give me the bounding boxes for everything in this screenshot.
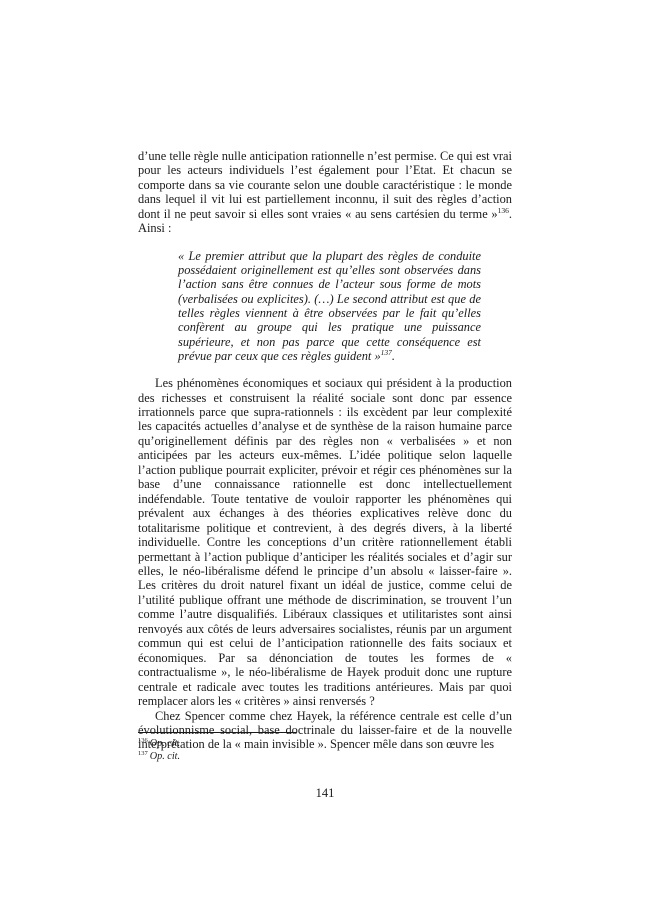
body-text: d’une telle règle nulle anticipation rat…	[138, 149, 512, 752]
page-number: 141	[0, 786, 650, 801]
footnote-text: Op. cit.	[150, 738, 180, 749]
intro-paragraph: d’une telle règle nulle anticipation rat…	[138, 149, 512, 236]
footnote-number: 136	[138, 737, 148, 744]
block-quote: « Le premier attribut que la plupart des…	[178, 249, 481, 363]
footnote-text: Op. cit.	[150, 751, 180, 762]
quote-text-end: .	[392, 349, 395, 363]
footnote-ref-136[interactable]: 136	[498, 206, 509, 215]
footnotes: 136Op. cit. 137Op. cit.	[138, 738, 512, 763]
intro-text: d’une telle règle nulle anticipation rat…	[138, 149, 512, 221]
footnote-separator	[138, 732, 296, 733]
footnote-number: 137	[138, 750, 148, 757]
footnote-137: 137Op. cit.	[138, 751, 512, 764]
footnote-136: 136Op. cit.	[138, 738, 512, 751]
footnote-ref-137[interactable]: 137	[381, 348, 392, 357]
document-page: d’une telle règle nulle anticipation rat…	[0, 0, 650, 920]
quote-text: « Le premier attribut que la plupart des…	[178, 249, 481, 363]
paragraph: Les phénomènes économiques et sociaux qu…	[138, 376, 512, 708]
